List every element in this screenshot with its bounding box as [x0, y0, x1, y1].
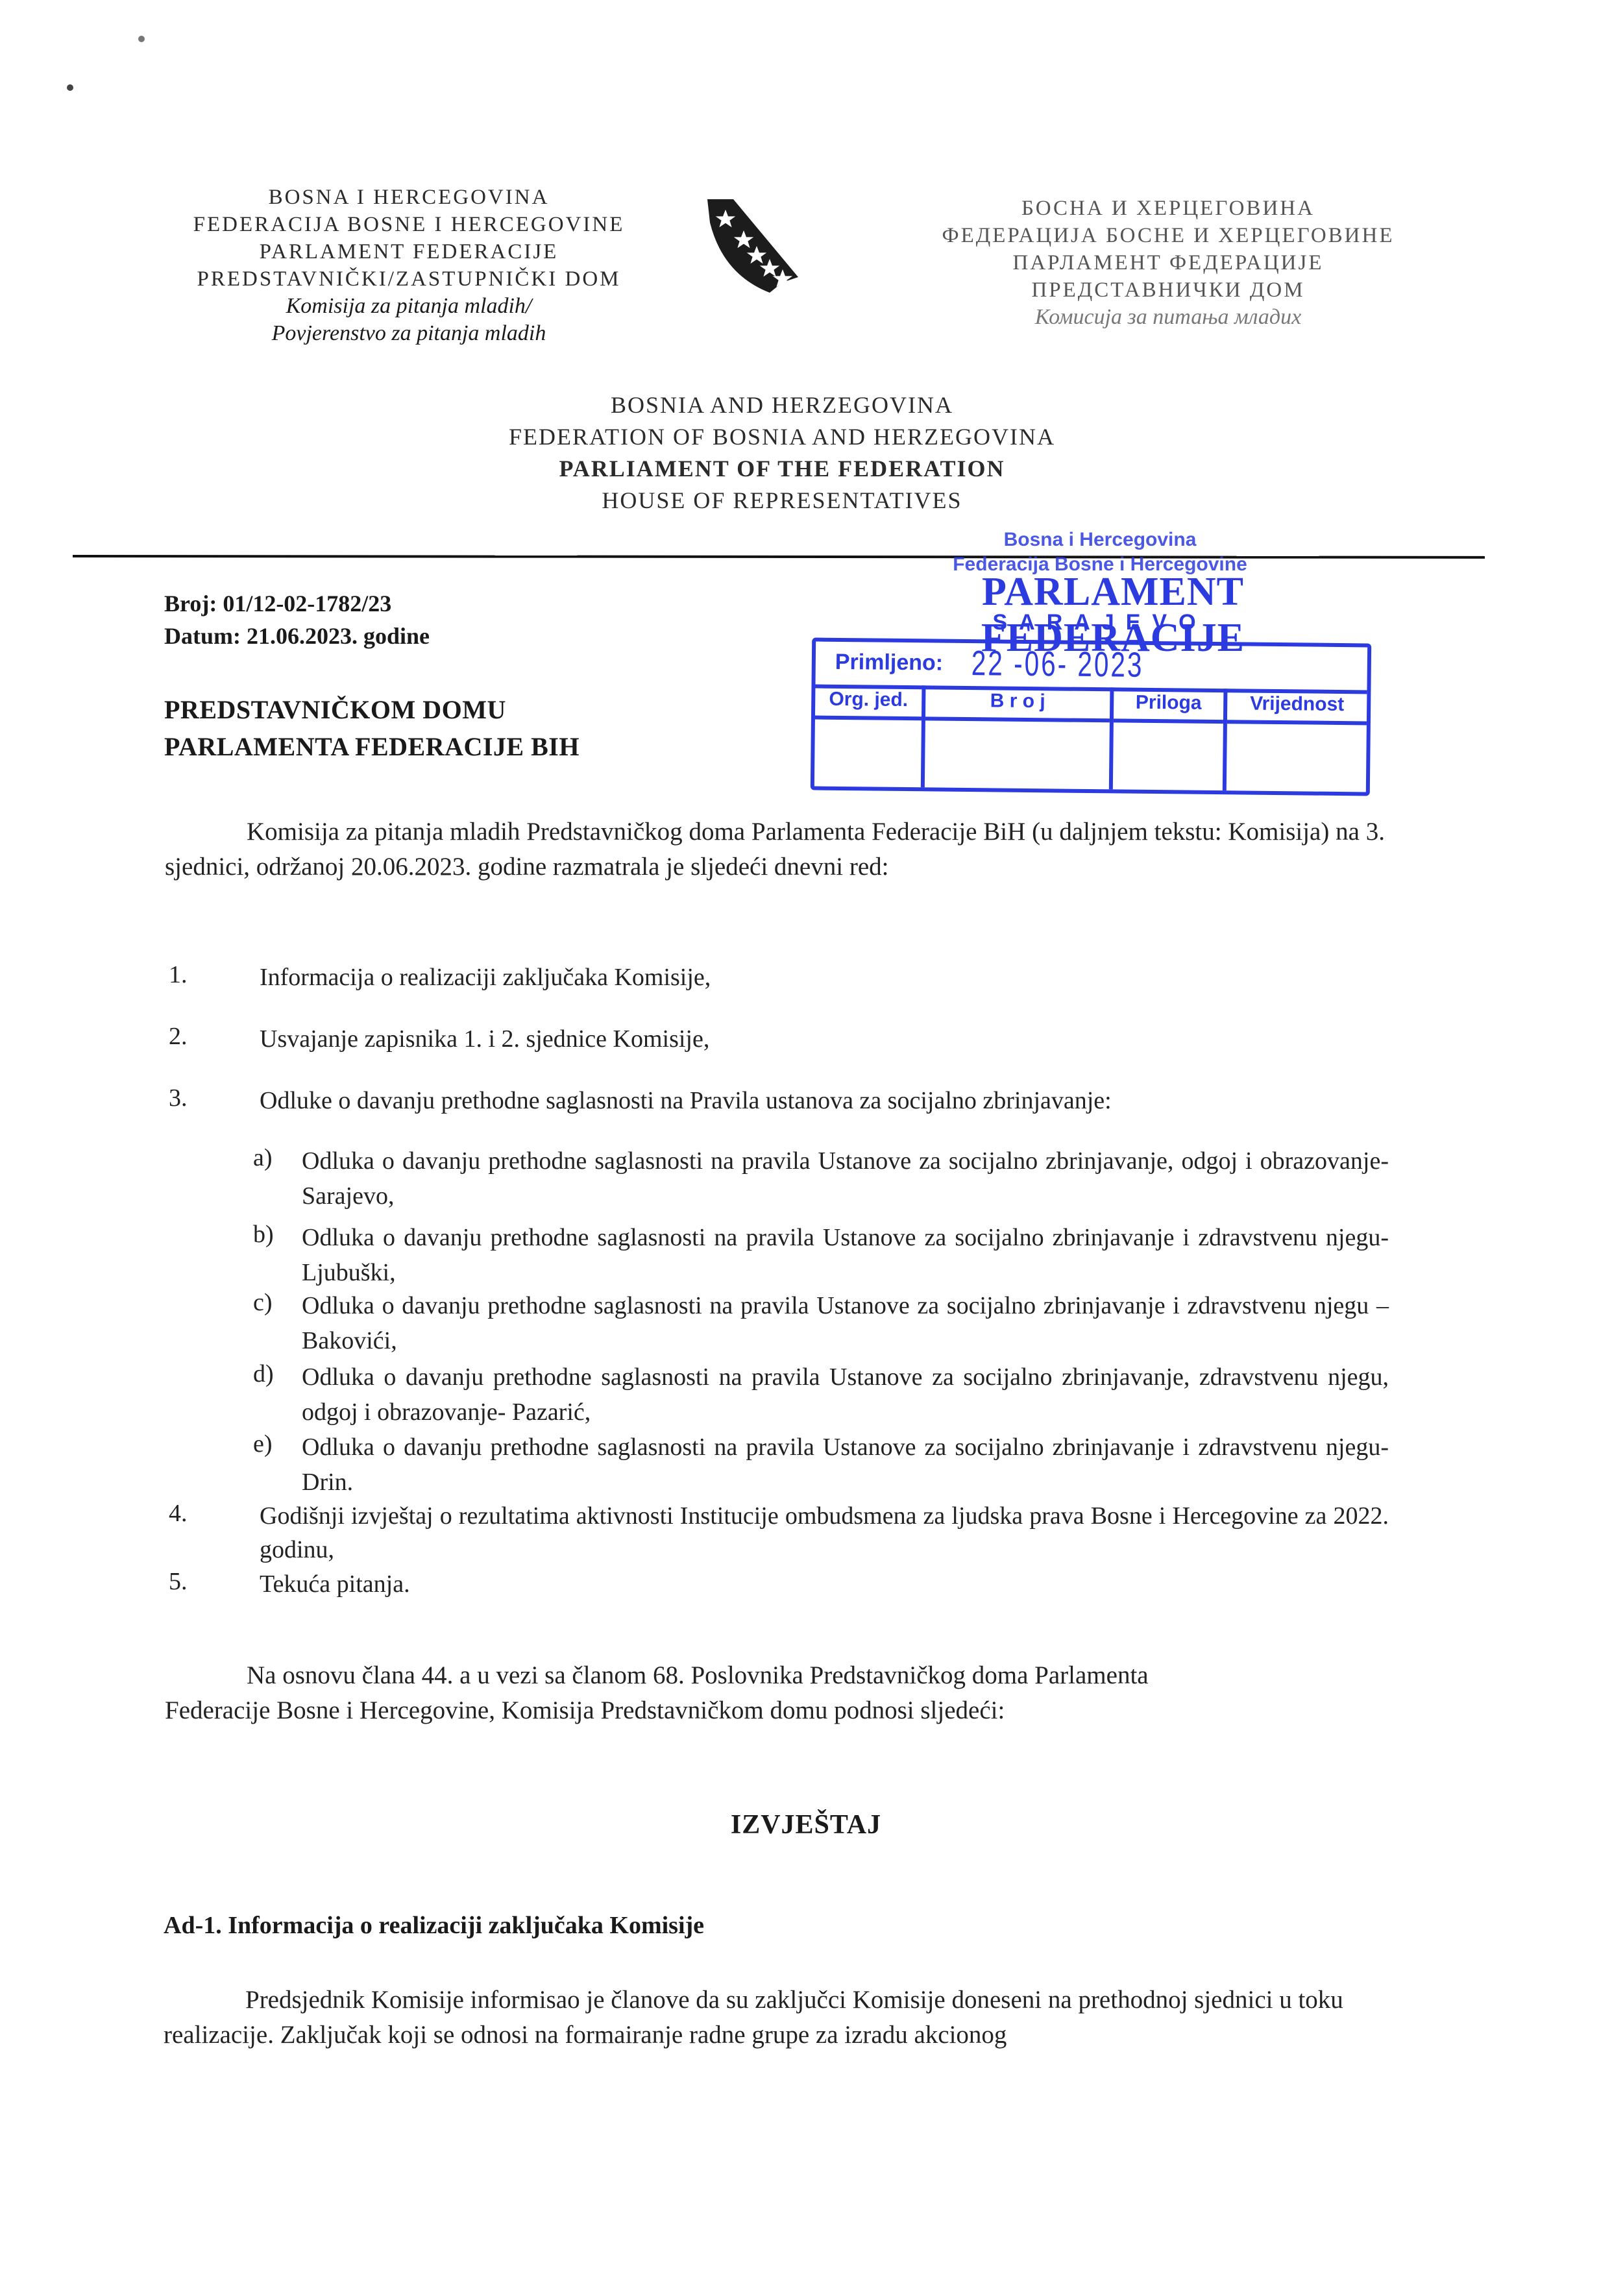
agenda-number: 4.: [169, 1499, 214, 1528]
intro-paragraph: Komisija za pitanja mladih Predstavničko…: [165, 814, 1385, 885]
stamp-column: Priloga: [1113, 687, 1228, 790]
document-date: Datum: 21.06.2023. godine: [164, 620, 430, 652]
agenda-number: 2.: [169, 1022, 214, 1051]
agenda-subitem-text: Odluka o davanju prethodne saglasnosti n…: [302, 1288, 1389, 1358]
letterhead-line: BOSNIA AND HERZEGOVINA: [376, 389, 1188, 421]
letterhead-line: ПРЕДСТАВНИЧКИ ДОМ: [922, 276, 1415, 304]
agenda-subitem-letter: c): [253, 1288, 292, 1317]
agenda-text: Informacija o realizaciji zaključaka Kom…: [260, 960, 1389, 994]
agenda-subitem-letter: b): [253, 1220, 292, 1249]
letterhead-line: ПАРЛАМЕНТ ФЕДЕРАЦИЈЕ: [922, 249, 1415, 276]
stamp-column: B r o j: [925, 685, 1114, 789]
letterhead-bosnian: BOSNA I HERCEGOVINA FEDERACIJA BOSNE I H…: [149, 184, 668, 347]
stamp-city: SARAJEVO: [970, 610, 1230, 635]
stamp-box: Primljeno: 22 -06- 2023 Org. jed. B r o …: [811, 637, 1371, 796]
letterhead-line: PARLAMENT FEDERACIJE: [149, 238, 668, 265]
stamp-line: Bosna i Hercegovina: [931, 529, 1269, 551]
letterhead-line: БОСНА И ХЕРЦЕГОВИНА: [922, 195, 1415, 222]
stamp-column-header: Org. jed.: [815, 685, 922, 721]
basis-paragraph: Na osnovu člana 44. a u vezi sa članom 6…: [165, 1658, 1229, 1728]
document-meta: Broj: 01/12-02-1782/23 Datum: 21.06.2023…: [164, 587, 430, 652]
agenda-number: 5.: [169, 1567, 214, 1596]
letterhead-commission: Povjerenstvo za pitanja mladih: [149, 320, 668, 347]
letterhead-line: ФЕДЕРАЦИЈА БОСНЕ И ХЕРЦЕГОВИНЕ: [922, 222, 1415, 249]
document-number: Broj: 01/12-02-1782/23: [164, 587, 430, 620]
stamp-column: Vrijednost: [1227, 689, 1367, 792]
agenda-subitem-letter: e): [253, 1430, 292, 1458]
letterhead-commission: Komisija za pitanja mladih/: [149, 293, 668, 320]
letterhead-commission: Комисија за питања младих: [922, 304, 1415, 331]
stamp-columns: Org. jed. B r o j Priloga Vrijednost: [814, 685, 1367, 792]
agenda-subitem-text: Odluka o davanju prethodne saglasnosti n…: [302, 1360, 1389, 1430]
stamp-column: Org. jed.: [814, 685, 926, 788]
agenda-number: 3.: [169, 1084, 214, 1112]
stamp-received-label: Primljeno:: [835, 650, 944, 676]
stamp-column-header: Vrijednost: [1227, 689, 1367, 725]
agenda-text: Godišnji izvještaj o rezultatima aktivno…: [260, 1499, 1389, 1567]
addressee: PREDSTAVNIČKOM DOMU PARLAMENTA FEDERACIJ…: [164, 691, 580, 765]
letterhead-line: HOUSE OF REPRESENTATIVES: [376, 485, 1188, 517]
agenda-number: 1.: [169, 960, 214, 989]
coat-of-arms-icon: [707, 191, 811, 295]
agenda-subitem-text: Odluka o davanju prethodne saglasnosti n…: [302, 1220, 1389, 1290]
agenda-text: Usvajanje zapisnika 1. i 2. sjednice Kom…: [260, 1022, 1389, 1056]
letterhead-cyrillic: БОСНА И ХЕРЦЕГОВИНА ФЕДЕРАЦИЈА БОСНЕ И Х…: [922, 195, 1415, 331]
letterhead-line: PREDSTAVNIČKI/ZASTUPNIČKI DOM: [149, 265, 668, 293]
stamp-column-header: Priloga: [1114, 687, 1224, 724]
letterhead-line: FEDERATION OF BOSNIA AND HERZEGOVINA: [376, 421, 1188, 453]
letterhead-line: PARLIAMENT OF THE FEDERATION: [376, 453, 1188, 485]
addressee-line: PREDSTAVNIČKOM DOMU: [164, 691, 580, 728]
agenda-text: Tekuća pitanja.: [260, 1567, 1389, 1601]
agenda-subitem-letter: d): [253, 1360, 292, 1388]
section-paragraph: Predsjednik Komisije informisao je člano…: [164, 1983, 1384, 2053]
addressee-line: PARLAMENTA FEDERACIJE BIH: [164, 728, 580, 765]
agenda-subitem-text: Odluka o davanju prethodne saglasnosti n…: [302, 1143, 1389, 1214]
agenda-text: Odluke o davanju prethodne saglasnosti n…: [260, 1084, 1389, 1117]
section-heading: Ad-1. Informacija o realizaciji zaključa…: [164, 1911, 704, 1940]
letterhead-line: BOSNA I HERCEGOVINA: [149, 184, 668, 211]
letterhead-english: BOSNIA AND HERZEGOVINA FEDERATION OF BOS…: [376, 389, 1188, 517]
stamp-received-date: 22 -06- 2023: [971, 643, 1144, 685]
stamp-column-header: B r o j: [925, 685, 1110, 722]
letterhead-line: FEDERACIJA BOSNE I HERCEGOVINE: [149, 211, 668, 238]
scan-specks: [65, 26, 156, 97]
report-title: IZVJEŠTAJ: [0, 1809, 1612, 1840]
agenda-subitem-text: Odluka o davanju prethodne saglasnosti n…: [302, 1430, 1389, 1500]
agenda-subitem-letter: a): [253, 1143, 292, 1172]
